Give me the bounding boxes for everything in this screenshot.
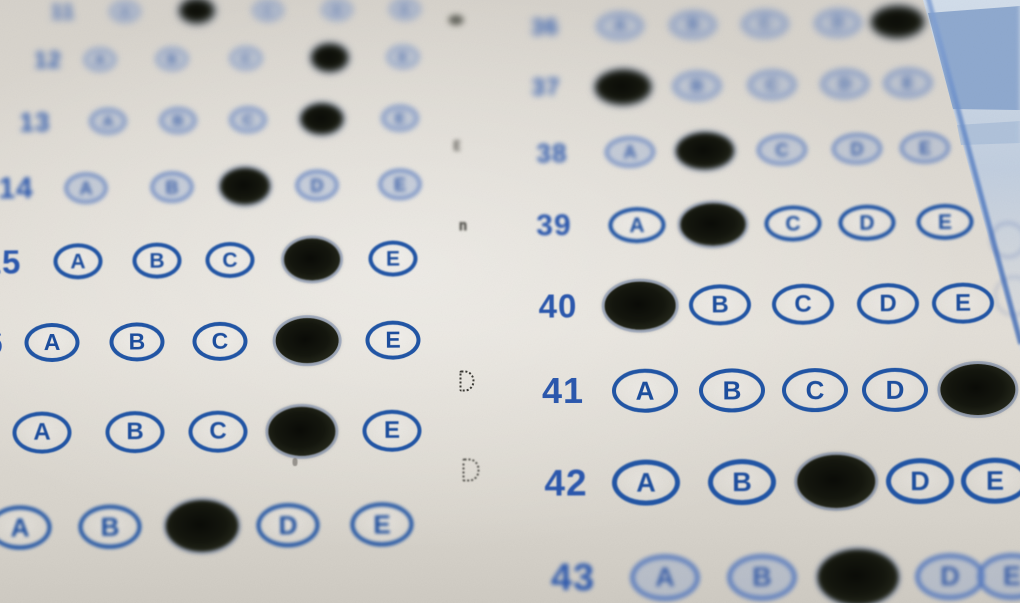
bubble-43-A: A — [630, 554, 700, 601]
question-number: 43 — [551, 559, 595, 597]
marked-bubble-43-C — [818, 550, 898, 603]
dot-matrix-glyph: n — [458, 219, 467, 234]
option-letter: E — [1003, 563, 1020, 590]
pencil-smudge — [448, 14, 465, 26]
bubble-43-B: B — [727, 554, 797, 601]
bubble-43-E: E — [977, 553, 1020, 600]
question-row-43: 43ABDE — [0, 0, 1020, 603]
dot-matrix-glyph: E — [453, 141, 461, 154]
option-letter: B — [752, 564, 772, 591]
scantron-sheet-photo: 11ACDE12ABCE13ABCE14ABDE15ABCE16ABCE17AB… — [0, 0, 1020, 603]
pencil-smudge — [293, 458, 298, 466]
bubble-43-D: D — [915, 553, 985, 600]
option-letter: D — [940, 563, 960, 590]
option-letter: A — [655, 564, 675, 591]
